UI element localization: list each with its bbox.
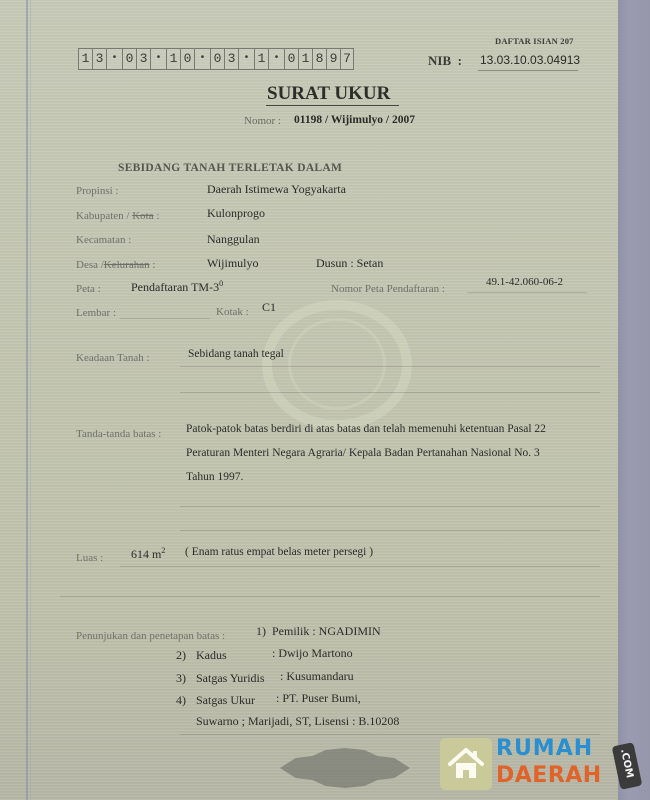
lembar-line bbox=[120, 318, 210, 319]
nomor-peta-value: 49.1-42.060-06-2 bbox=[486, 276, 563, 288]
keadaan-label: Keadaan Tanah : bbox=[76, 352, 150, 364]
rumahdaerah-logo: RUMAH DAERAH .COM bbox=[440, 736, 640, 794]
id-box: 0 bbox=[284, 48, 298, 70]
document-page: 13•03•10•03•1•01897 DAFTAR ISIAN 207 NIB… bbox=[0, 0, 618, 800]
document-title: SURAT UKUR bbox=[267, 83, 390, 105]
id-box: 7 bbox=[340, 48, 354, 70]
lembar-label: Lembar : bbox=[76, 307, 116, 319]
boundary-item-3-role: Satgas Yuridis bbox=[196, 671, 265, 686]
nib-label: NIB : bbox=[428, 53, 462, 69]
id-box: 1 bbox=[298, 48, 312, 70]
seal-inner-ring bbox=[288, 318, 386, 410]
section-heading: SEBIDANG TANAH TERLETAK DALAM bbox=[118, 162, 342, 174]
nib-value: 13.03.10.03.04913 bbox=[480, 53, 580, 67]
nomor-peta-label: Nomor Peta Pendaftaran : bbox=[331, 283, 445, 295]
keadaan-value: Sebidang tanah tegal bbox=[188, 348, 284, 360]
binding-line bbox=[26, 0, 28, 800]
house-icon bbox=[440, 738, 492, 790]
id-box: 0 bbox=[210, 48, 224, 70]
boundary-item-1: 1) Pemilik : NGADIMIN bbox=[256, 624, 381, 639]
id-number-boxes: 13•03•10•03•1•01897 bbox=[78, 48, 354, 70]
id-box: • bbox=[106, 48, 122, 70]
id-box: 1 bbox=[254, 48, 268, 70]
tanda-batas-line-1: Patok-patok batas berdiri di atas batas … bbox=[186, 423, 546, 435]
desa-label: Desa /Kelurahan : bbox=[76, 259, 155, 271]
id-box: 0 bbox=[122, 48, 136, 70]
tanda-batas-line-3: Tahun 1997. bbox=[186, 471, 243, 483]
logo-text-daerah: DAERAH bbox=[496, 763, 602, 788]
peta-value: Pendaftaran TM-30 bbox=[131, 279, 223, 295]
luas-line-2 bbox=[60, 596, 600, 597]
id-box: • bbox=[238, 48, 254, 70]
id-box: 3 bbox=[224, 48, 238, 70]
boundary-item-3-num: 3) bbox=[176, 671, 186, 686]
boundary-item-2-role: Kadus bbox=[196, 648, 227, 663]
tanda-batas-label: Tanda-tanda batas : bbox=[76, 428, 161, 440]
logo-tld-tag: .COM bbox=[612, 742, 643, 790]
luas-line bbox=[120, 566, 600, 567]
tanda-batas-line-2: Peraturan Menteri Negara Agraria/ Kepala… bbox=[186, 447, 540, 459]
boundary-item-4-value: : PT. Puser Bumi, bbox=[276, 691, 361, 706]
keadaan-line-2 bbox=[180, 392, 600, 393]
kecamatan-value: Nanggulan bbox=[207, 232, 260, 247]
id-box: 0 bbox=[180, 48, 194, 70]
id-box: 9 bbox=[326, 48, 340, 70]
kabupaten-label: Kabupaten / Kota : bbox=[76, 210, 159, 222]
boundary-line bbox=[180, 734, 600, 735]
propinsi-label: Propinsi : bbox=[76, 185, 118, 197]
boundary-item-3-value: : Kusumandaru bbox=[280, 669, 354, 684]
binding-line-secondary bbox=[30, 0, 31, 800]
id-box: 3 bbox=[136, 48, 150, 70]
id-box: • bbox=[150, 48, 166, 70]
nib-underline bbox=[478, 70, 578, 71]
peta-label: Peta : bbox=[76, 283, 101, 295]
id-box: • bbox=[194, 48, 210, 70]
id-box: 8 bbox=[312, 48, 326, 70]
luas-words: ( Enam ratus empat belas meter persegi ) bbox=[185, 546, 373, 558]
kotak-label: Kotak : bbox=[216, 306, 249, 318]
dusun-value: Dusun : Setan bbox=[316, 256, 383, 271]
kotak-value: C1 bbox=[262, 300, 276, 315]
keadaan-line bbox=[180, 366, 600, 367]
title-underline bbox=[266, 105, 399, 106]
nomor-value: 01198 / Wijimulyo / 2007 bbox=[294, 114, 415, 126]
ornament-stamp-icon bbox=[280, 748, 410, 788]
desa-value: Wijimulyo bbox=[207, 256, 259, 271]
background-surface bbox=[614, 0, 650, 800]
id-box: 3 bbox=[92, 48, 106, 70]
boundary-continuation: Suwarno ; Marijadi, ST, Lisensi : B.1020… bbox=[196, 714, 399, 729]
id-box: 1 bbox=[78, 48, 92, 70]
logo-text-rumah: RUMAH bbox=[496, 736, 593, 761]
kecamatan-label: Kecamatan : bbox=[76, 234, 131, 246]
boundary-item-4-role: Satgas Ukur bbox=[196, 693, 255, 708]
luas-value: 614 m2 bbox=[131, 546, 165, 562]
boundary-label: Penunjukan dan penetapan batas : bbox=[76, 630, 225, 642]
boundary-item-4-num: 4) bbox=[176, 693, 186, 708]
luas-label: Luas : bbox=[76, 552, 103, 564]
kabupaten-value: Kulonprogo bbox=[207, 206, 265, 221]
id-box: • bbox=[268, 48, 284, 70]
nomor-label: Nomor : bbox=[244, 115, 281, 127]
nomor-peta-line bbox=[467, 292, 587, 293]
form-code: DAFTAR ISIAN 207 bbox=[495, 36, 574, 46]
boundary-item-2-num: 2) bbox=[176, 648, 186, 663]
id-box: 1 bbox=[166, 48, 180, 70]
boundary-item-2-value: : Dwijo Martono bbox=[272, 646, 353, 661]
propinsi-value: Daerah Istimewa Yogyakarta bbox=[207, 182, 346, 197]
tanda-line-5 bbox=[180, 530, 600, 531]
tanda-line-4 bbox=[180, 506, 600, 507]
